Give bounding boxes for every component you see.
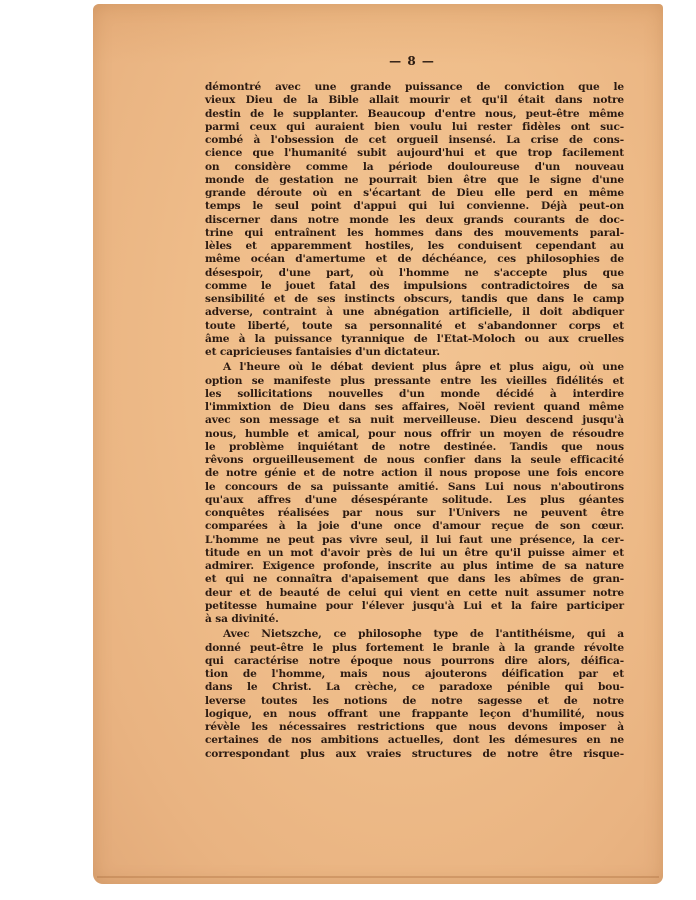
- text-line: grande déroute où en s'écartant de Dieu …: [205, 187, 624, 200]
- text-line: âme à la puissance tyrannique de l'Etat-…: [205, 333, 624, 346]
- text-line: adverse, contraint à une abnégation arti…: [205, 306, 624, 319]
- text-line: révèle les nécessaires restrictions que …: [205, 721, 624, 734]
- text-line: logique, en nous offrant une frappante l…: [205, 708, 624, 721]
- body-text: démontré avec une grande puissance de co…: [205, 81, 624, 761]
- text-line: certaines de nos ambitions actuelles, do…: [205, 734, 624, 747]
- text-line: petitesse humaine pour l'élever jusqu'à …: [205, 600, 624, 613]
- text-line: l'immixtion de Dieu dans ses affaires, N…: [205, 401, 624, 414]
- text-line: sensibilité et de ses instincts obscurs,…: [205, 293, 624, 306]
- text-line: monde de gestation ne pourrait bien être…: [205, 174, 624, 187]
- text-line: comme le jouet fatal des impulsions cont…: [205, 280, 624, 293]
- text-line: L'homme ne peut pas vivre seul, il lui f…: [205, 534, 624, 547]
- text-line: qui caractérise notre époque nous pourro…: [205, 655, 624, 668]
- text-line: on considère comme la période douloureus…: [205, 161, 624, 174]
- text-line: le concours de sa puissante amitié. Sans…: [205, 481, 624, 494]
- text-line: le problème inquiétant de notre destinée…: [205, 441, 624, 454]
- text-line: désespoir, d'une part, où l'homme ne s'a…: [205, 267, 624, 280]
- paragraph-2: A l'heure où le débat devient plus âpre …: [205, 361, 624, 626]
- text-line: lèles et apparemment hostiles, les condu…: [205, 240, 624, 253]
- text-line: titude en un mot d'avoir près de lui un …: [205, 547, 624, 560]
- text-line: A l'heure où le débat devient plus âpre …: [205, 361, 624, 374]
- text-line: rêvons orgueilleusement de nous confier …: [205, 454, 624, 467]
- text-line: vieux Dieu de la Bible allait mourir et …: [205, 94, 624, 107]
- text-line: leverse toutes les notions de notre sage…: [205, 695, 624, 708]
- text-line: qu'aux affres d'une désespérante solitud…: [205, 494, 624, 507]
- text-line: Avec Nietszche, ce philosophe type de l'…: [205, 628, 624, 641]
- text-line: les sollicitations nouvelles d'un monde …: [205, 388, 624, 401]
- text-line: et capricieuses fantaisies d'un dictateu…: [205, 346, 624, 359]
- text-line: trine qui entraînent les hommes dans des…: [205, 227, 624, 240]
- text-line: tion de l'homme, mais nous ajouterons dé…: [205, 668, 624, 681]
- text-line: cience que l'humanité subit aujourd'hui …: [205, 147, 624, 160]
- text-line: de notre génie et de notre action il nou…: [205, 467, 624, 480]
- text-line: discerner dans notre monde les deux gran…: [205, 214, 624, 227]
- text-line: combé à l'obsession de cet orgueil insen…: [205, 134, 624, 147]
- text-line: avec son message et sa nuit merveilleuse…: [205, 414, 624, 427]
- text-line: conquêtes réalisées par nous sur l'Unive…: [205, 507, 624, 520]
- text-line: dans le Christ. La crèche, ce paradoxe p…: [205, 681, 624, 694]
- text-line: et qui ne connaîtra d'apaisement que dan…: [205, 573, 624, 586]
- text-line: nous, humble et amical, pour nous offrir…: [205, 428, 624, 441]
- text-line: destin de le supplanter. Beaucoup d'entr…: [205, 108, 624, 121]
- paragraph-1: démontré avec une grande puissance de co…: [205, 81, 624, 359]
- text-line: temps le seul point d'appui qui lui conv…: [205, 200, 624, 213]
- paragraph-3: Avec Nietszche, ce philosophe type de l'…: [205, 628, 624, 761]
- text-line: à sa divinité.: [205, 613, 624, 626]
- text-line: admirer. Exigence profonde, inscrite au …: [205, 560, 624, 573]
- text-line: toute liberté, toute sa personnalité et …: [205, 320, 624, 333]
- text-line: parmi ceux qui auraient bien voulu lui r…: [205, 121, 624, 134]
- text-line: deur et de beauté de celui qui vient en …: [205, 587, 624, 600]
- text-line: comparées à la joie d'une once d'amour r…: [205, 520, 624, 533]
- page-number: — 8 —: [93, 54, 663, 68]
- text-line: démontré avec une grande puissance de co…: [205, 81, 624, 94]
- text-line: correspondant plus aux vraies structures…: [205, 748, 624, 761]
- text-line: donné peut-être le plus fortement le bra…: [205, 642, 624, 655]
- text-line: option se manifeste plus pressante entre…: [205, 375, 624, 388]
- text-line: même océan d'amertume et de déchéance, c…: [205, 253, 624, 266]
